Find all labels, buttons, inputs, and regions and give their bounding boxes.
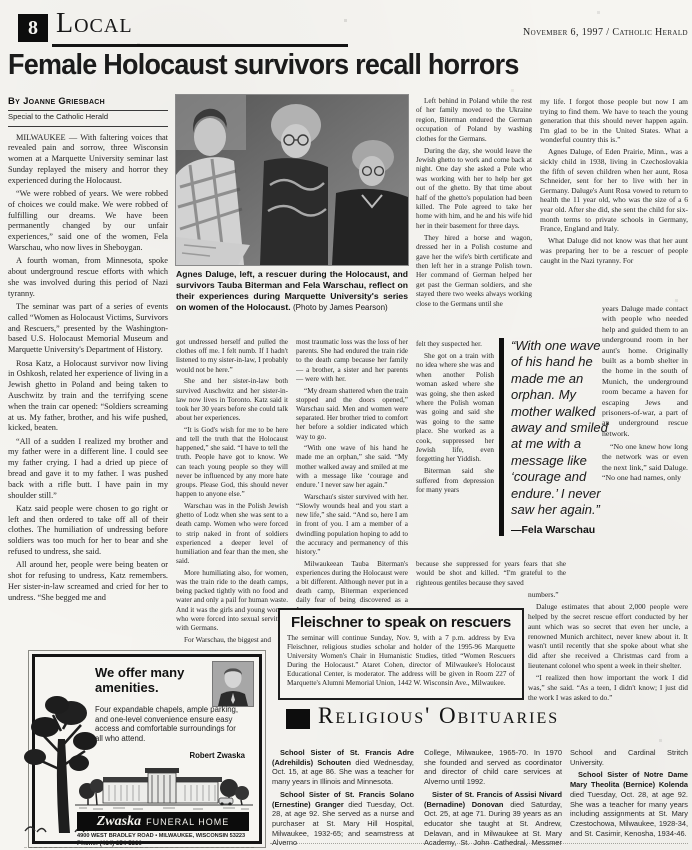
obituary-entry: Sister of St. Francis of Assisi Nivard (…: [424, 790, 562, 848]
print-artifact-dotted-line: [270, 843, 688, 844]
photo-caption: Agnes Daluge, left, a rescuer during the…: [176, 269, 408, 313]
obituaries-column-2: College, Milwaukee, 1965-70. In 1970 she…: [424, 748, 562, 848]
ad-brand-suffix: FUNERAL HOME: [146, 817, 229, 827]
article-paragraph: “We were robbed of years. We were robbed…: [8, 189, 168, 254]
article-photo: [176, 95, 408, 265]
masthead-rule: [52, 44, 348, 47]
article-column-4-wrap: felt they suspected her. She got on a tr…: [416, 340, 494, 558]
article-paragraph: Rosa Katz, a Holocaust survivor now livi…: [8, 359, 168, 435]
ad-body-text: Four expandable chapels, ample parking, …: [95, 705, 241, 743]
article-paragraph: most traumatic loss was the loss of her …: [296, 338, 408, 384]
article-paragraph: Agnes Daluge, of Eden Prairie, Minn., wa…: [540, 147, 688, 233]
article-paragraph: During the day, she would leave the Jewi…: [416, 147, 532, 232]
portrait-illustration: [213, 662, 253, 706]
obituaries-column-1: School Sister of St. Francis Adre (Adreh…: [272, 748, 414, 848]
ad-address: 4900 WEST BRADLEY ROAD • MILWAUKEE, WISC…: [77, 833, 259, 840]
article-paragraph: “With one wave of his hand he made me an…: [296, 444, 408, 490]
article-paragraph: Biterman said she suffered from depressi…: [416, 467, 494, 495]
article-paragraph: “My dream shattered when the train stopp…: [296, 387, 408, 442]
article-paragraph: “It is God's wish for me to be here and …: [176, 426, 288, 500]
article-paragraph: What Daluge did not know was that her au…: [540, 236, 688, 265]
obituary-entry: School Sister of Notre Dame Mary Theolit…: [570, 770, 688, 838]
event-box-title: Fleischner to speak on rescuers: [287, 614, 515, 631]
article-headline: Female Holocaust survivors recall horror…: [8, 49, 640, 81]
obituary-text: died Tuesday, Oct. 28, at age 92. She wa…: [570, 790, 688, 838]
article-paragraph: Warschau was in the Polish Jewish ghetto…: [176, 502, 288, 566]
ad-signature: Robert Zwaska: [95, 751, 245, 760]
article-paragraph: “All of a sudden I realized my brother a…: [8, 437, 168, 502]
obituary-text: College, Milwaukee, 1965-70. In 1970 she…: [424, 748, 562, 786]
article-paragraph: got undressed herself and pulled the clo…: [176, 338, 288, 375]
tree-illustration: [23, 681, 101, 833]
article-paragraph: Katz said people were chosen to go right…: [8, 504, 168, 558]
obituary-entry: School Sister of St. Francis Solano (Ern…: [272, 790, 414, 848]
issue-dateline: November 6, 1997 / Catholic Herald: [380, 27, 688, 38]
print-speckles: [0, 0, 1, 1]
article-paragraph: Milwaukeean Tauba Biterman's experiences…: [296, 560, 408, 615]
article-paragraph: A fourth woman, from Minnesota, spoke ab…: [8, 256, 168, 299]
newspaper-page: { "theme": { "paper": "#f6f5f1", "ink": …: [0, 0, 692, 850]
article-column-4-top: Left behind in Poland while the rest of …: [416, 97, 532, 337]
obituaries-marker-icon: [286, 709, 310, 729]
article-column-5-bottom: numbers.” Daluge estimates that about 2,…: [528, 590, 688, 708]
article-paragraph: “I realized then how important the work …: [528, 673, 688, 702]
pull-quote-text: “With one wave of his hand he made me an…: [511, 338, 611, 518]
obituary-entry: College, Milwaukee, 1965-70. In 1970 she…: [424, 748, 562, 787]
obituary-text: School and Cardinal Stritch University.: [570, 748, 688, 767]
obituary-entry: School and Cardinal Stritch University.: [570, 748, 688, 767]
ad-phone: Phone: (414) 354-5330: [77, 840, 259, 847]
article-column-3: most traumatic loss was the loss of her …: [296, 338, 408, 645]
ad-headline: We offer many amenities.: [95, 665, 207, 695]
article-paragraph: years Daluge made contact with people wh…: [602, 304, 688, 439]
event-box-body: The seminar will continue Sunday, Nov. 9…: [287, 634, 515, 688]
print-artifact-dashed-line: [24, 847, 254, 848]
obituary-name: School Sister of Notre Dame Mary Theolit…: [570, 770, 688, 789]
article-column-5-wrap: years Daluge made contact with people wh…: [602, 304, 688, 586]
article-paragraph: Warschau's sister survived with her. “Sl…: [296, 493, 408, 557]
photo-credit: (Photo by James Pearson): [293, 303, 388, 312]
article-paragraph: my life. I forgot those people but now I…: [540, 97, 688, 145]
article-paragraph: She got on a train with no idea where sh…: [416, 352, 494, 465]
article-paragraph: felt they suspected her.: [416, 340, 494, 349]
article-paragraph: Daluge estimates that about 2,000 people…: [528, 602, 688, 671]
article-column-5-top: my life. I forgot those people but now I…: [540, 97, 688, 303]
ad-brand-bar: Zwaska FUNERAL HOME: [77, 812, 249, 831]
obituaries-section-title: Religious' Obituaries: [318, 702, 559, 730]
article-paragraph: More humiliating also, for women, was th…: [176, 569, 288, 633]
obituary-entry: School Sister of St. Francis Adre (Adreh…: [272, 748, 414, 787]
article-paragraph: MILWAUKEE — With faltering voices that r…: [8, 133, 168, 187]
article-paragraph: numbers.”: [528, 590, 688, 600]
article-column-1: By Joanne Griesbach Special to the Catho…: [8, 97, 168, 645]
event-announcement-box: Fleischner to speak on rescuers The semi…: [278, 608, 524, 700]
article-paragraph: They hired a horse and wagon, dressed he…: [416, 234, 532, 309]
article-paragraph: All around her, people were being beaten…: [8, 560, 168, 603]
ad-brand-name: Zwaska: [97, 814, 141, 830]
funeral-home-advertisement: We offer many amenities. Four expandable…: [28, 650, 266, 848]
photo-illustration: [176, 95, 408, 265]
ad-portrait-photo: [213, 662, 253, 706]
article-paragraph: For Warschau, the biggest and: [176, 636, 288, 645]
article-paragraph: The seminar was part of a series of even…: [8, 302, 168, 356]
pull-quote-attribution: —Fela Warschau: [511, 524, 611, 536]
byline-credit: Special to the Catholic Herald: [8, 111, 168, 127]
byline: By Joanne Griesbach: [8, 97, 168, 111]
page-number-badge: 8: [18, 14, 48, 42]
article-paragraph: She and her sister-in-law both survived …: [176, 377, 288, 423]
obituaries-column-3: School and Cardinal Stritch University. …: [570, 748, 688, 848]
article-paragraph: Left behind in Poland while the rest of …: [416, 97, 532, 144]
section-title: Local: [56, 9, 133, 39]
article-paragraph: “No one knew how long the network was or…: [602, 442, 688, 484]
article-paragraph: because she suppressed for years fears t…: [416, 560, 566, 588]
article-column-2: got undressed herself and pulled the clo…: [176, 338, 288, 645]
ad-frame: We offer many amenities. Four expandable…: [32, 654, 262, 844]
pull-quote: “With one wave of his hand he made me an…: [499, 338, 611, 536]
